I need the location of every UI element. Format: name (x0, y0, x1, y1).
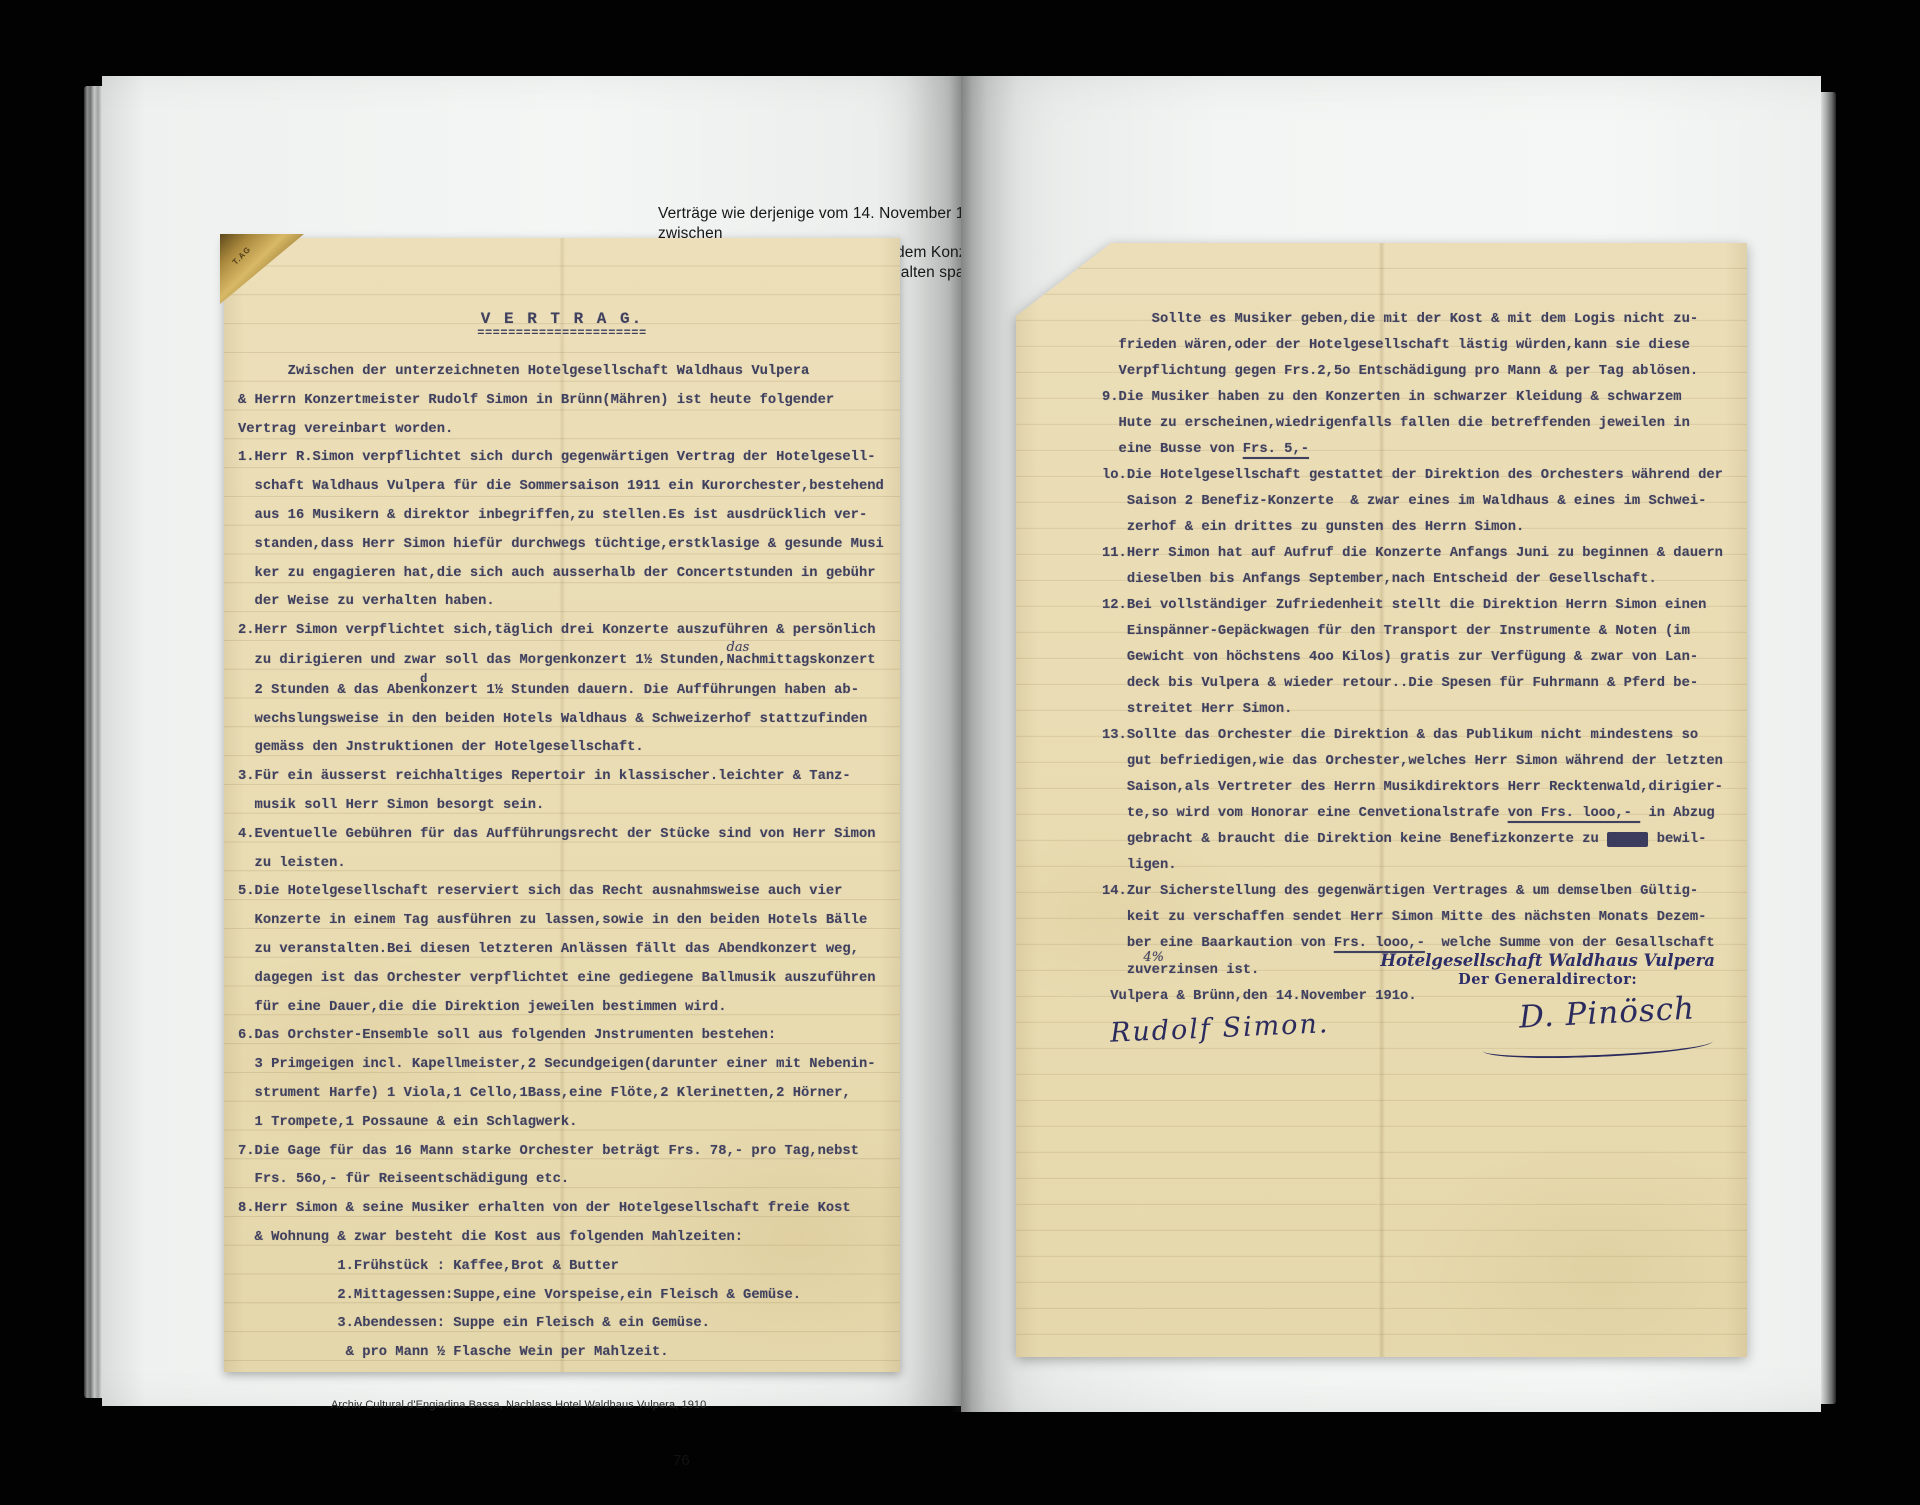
musician-signature: Rudolf Simon. (1109, 1008, 1330, 1049)
archive-credit: Archiv Cultural d'Engiadina Bassa, Nachl… (331, 1399, 706, 1411)
page-number-left: 76 (673, 1452, 690, 1469)
contract-title-rule: ====================== (224, 329, 900, 337)
photo-corner-label: T.AG (231, 245, 252, 266)
stamp-line-1: Hotelgesellschaft Waldhaus Vulpera (1380, 951, 1715, 971)
book-photo: Verträge wie derjenige vom 14. November … (0, 0, 1920, 1505)
page-stack-edges-left (84, 86, 102, 1398)
contract-document-page-2-wrap: Sollte es Musiker geben,die mit der Kost… (1016, 243, 1747, 1357)
hotel-stamp: Hotelgesellschaft Waldhaus Vulpera Der G… (1380, 951, 1715, 989)
page-stack-edges-right (1821, 92, 1836, 1404)
stamp-line-2: Der Generaldirector: (1380, 971, 1715, 989)
signature-flourish (1483, 1039, 1713, 1061)
contract-body-right: Sollte es Musiker geben,die mit der Kost… (1102, 307, 1723, 1010)
contract-body-left: Zwischen der unterzeichneten Hotelgesell… (238, 358, 884, 1368)
contract-document-page-2: Sollte es Musiker geben,die mit der Kost… (1016, 243, 1747, 1357)
contract-document-page-1: V E R T R A G. ====================== Zw… (224, 238, 900, 1372)
contract-title-block: V E R T R A G. ====================== (224, 310, 900, 337)
